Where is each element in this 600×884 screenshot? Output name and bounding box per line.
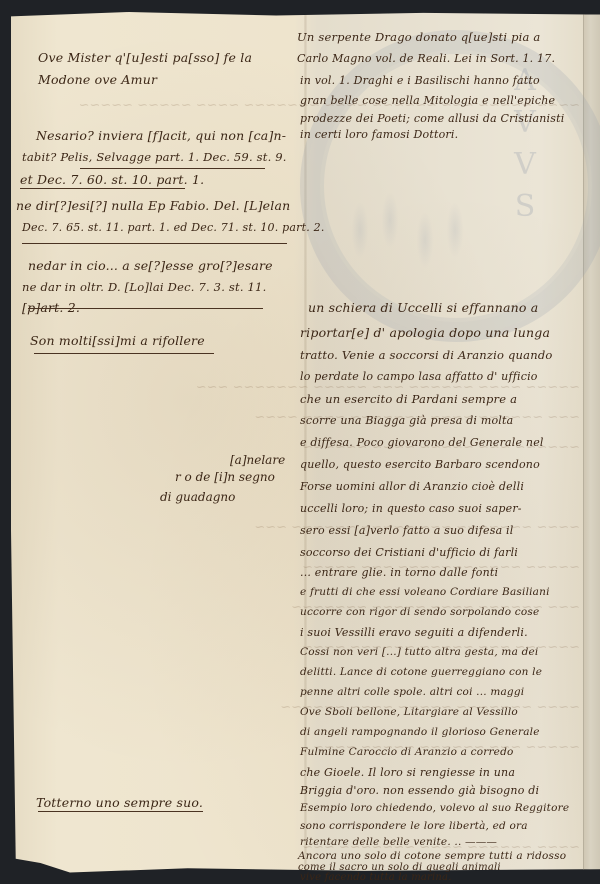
- underline-rule: [80, 168, 265, 169]
- right-main-line: quello, questo esercito Barbaro scendono: [300, 458, 540, 471]
- manuscript-scan: A V V S Ove Mister q'[u]esti pa[sso] fe …: [0, 0, 600, 884]
- left-entry-line: et Dec. 7. 60. st. 10. part. 1.: [20, 172, 204, 187]
- right-main-line: vive facendo tutta la marina.: [300, 872, 452, 883]
- marginal-note-line: [a]nelare: [230, 453, 285, 467]
- right-main-line: Ancora uno solo di cotone sempre tutti a…: [298, 850, 566, 862]
- right-main-line: che un esercito di Pardani sempre a: [300, 392, 517, 406]
- right-main-line: penne altri colle spole. altri coi ... m…: [300, 686, 524, 698]
- left-entry-line: Dec. 7. 65. st. 11. part. 1. ed Dec. 71.…: [22, 221, 325, 234]
- underline-rule: [22, 243, 287, 244]
- left-entry-line: ne dir[?]esi[?] nulla Ep Fabio. Del. [L]…: [16, 198, 290, 213]
- right-main-line: scorre una Biagga già presa di molta: [300, 414, 513, 427]
- right-top-line: in certi loro famosi Dottori.: [300, 128, 458, 141]
- right-main-line: Fulmine Caroccio di Aranzio a corredo: [300, 746, 514, 758]
- right-main-line: sero essi [a]verlo fatto a suo difesa il: [300, 524, 513, 537]
- right-main-line: e diffesa. Poco giovarono del Generale n…: [300, 436, 544, 449]
- underline-rule: [28, 308, 263, 309]
- stamp-wreath-icon: [330, 170, 490, 310]
- right-main-line: soccorso dei Cristiani d'ufficio di farl…: [300, 546, 518, 559]
- right-main-line: ritentare delle belle venite. .. ———: [300, 836, 497, 848]
- underline-rule: [34, 353, 214, 354]
- left-entry-line: Ove Mister q'[u]esti pa[sso] fe la: [38, 50, 252, 65]
- right-top-line: Carlo Magno vol. de Reali. Lei in Sort. …: [297, 52, 555, 65]
- right-top-line: Un serpente Drago donato q[ue]sti pia a: [297, 30, 541, 44]
- left-entry-line: tabit? Pelis, Selvagge part. 1. Dec. 59.…: [22, 150, 287, 164]
- right-main-line: Cossi non veri [...] tutto altra gesta, …: [300, 646, 538, 658]
- right-main-line: lo perdate lo campo lasa affatto d' uffi…: [300, 370, 538, 383]
- right-top-line: gran belle cose nella Mitologia e nell'e…: [300, 94, 555, 107]
- left-entry-line: Totterno uno sempre suo.: [36, 795, 203, 810]
- left-entry-line: Son molti[ssi]mi a rifollere: [30, 333, 205, 348]
- marginal-note-line: r o de [i]n segno: [175, 470, 275, 484]
- right-main-line: di angeli rampognando il glorioso Genera…: [300, 726, 540, 738]
- right-main-line: un schiera di Uccelli si effannano a: [308, 300, 538, 315]
- right-main-line: riportar[e] d' apologia dopo una lunga: [300, 325, 550, 340]
- right-main-line: ... entrare glie. in torno dalle fonti: [300, 566, 498, 579]
- right-main-line: Esempio loro chiedendo, volevo al suo Re…: [300, 802, 569, 814]
- right-main-line: sono corrispondere le lore libertà, ed o…: [300, 820, 528, 832]
- right-main-line: che Gioele. Il loro si rengiesse in una: [300, 766, 515, 779]
- underline-rule: [38, 811, 203, 812]
- right-main-line: uccorre con rigor di sendo sorpolando co…: [300, 606, 539, 618]
- left-entry-line: Modone ove Amur: [38, 72, 157, 87]
- right-main-line: uccelli loro; in questo caso suoi saper-: [300, 502, 522, 515]
- right-main-line: i suoi Vessilli eravo seguiti a difender…: [300, 626, 528, 639]
- left-entry-line: ne dar in oltr. D. [Lo]lai Dec. 7. 3. st…: [22, 280, 266, 294]
- left-entry-line: Nesario? inviera [f]acit, qui non [ca]n-: [36, 128, 286, 143]
- right-top-line: prodezze dei Poeti; come allusi da Crist…: [300, 112, 564, 125]
- right-main-line: Forse uomini allor di Aranzio cioè delli: [300, 480, 524, 493]
- right-main-line: Briggia d'oro. non essendo già bisogno d…: [300, 784, 539, 797]
- underline-rule: [20, 188, 185, 189]
- right-main-line: delitti. Lance di cotone guerreggiano co…: [300, 666, 542, 678]
- right-main-line: e frutti di che essi voleano Cordiare Ba…: [300, 586, 550, 598]
- right-top-line: in vol. 1. Draghi e i Basilischi hanno f…: [300, 74, 540, 87]
- right-main-line: Ove Sboli bellone, Litargiare al Vessill…: [300, 706, 518, 718]
- right-main-line: tratto. Venie a soccorsi di Aranzio quan…: [300, 348, 553, 362]
- left-entry-line: nedar in cio... a se[?]esse gro[?]esare: [28, 258, 273, 273]
- marginal-note-line: di guadagno: [160, 490, 235, 504]
